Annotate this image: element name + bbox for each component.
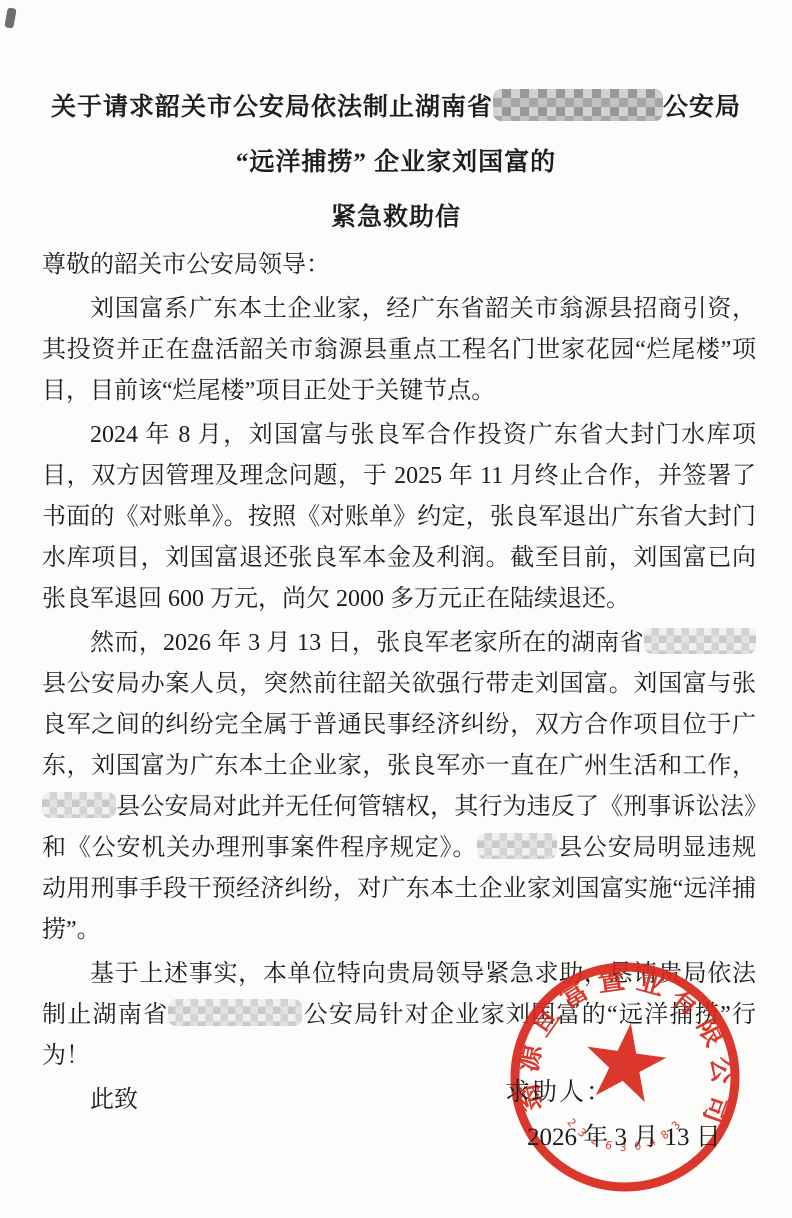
paragraph-incident: 然而，2026 年 3 月 13 日，张良军老家所在的湖南省县公安局办案人员，突…: [42, 623, 756, 951]
title-line-3: 紧急救助信: [0, 190, 792, 245]
redacted-county-name: [493, 89, 663, 121]
redacted-county-name: [42, 792, 116, 818]
paragraph-incident-seg2: 县公安局办案人员，突然前往韶关欲强行带走刘国富。刘国富与张良军之间的纠纷完全属于…: [42, 671, 756, 779]
title-line-1-after: 公安局: [663, 94, 741, 121]
title-line-1: 关于请求韶关市公安局依法制止湖南省公安局: [0, 80, 792, 135]
redacted-county-name: [168, 999, 302, 1026]
paragraph-incident-seg1: 然而，2026 年 3 月 13 日，张良军老家所在的湖南省: [90, 630, 644, 656]
redacted-county-name: [644, 628, 756, 654]
paragraph-cooperation: 2024 年 8 月，刘国富与张良军合作投资广东省大封门水库项目，双方因管理及理…: [42, 415, 756, 620]
title-line-2: “远洋捕捞” 企业家刘国富的: [0, 135, 792, 190]
paragraph-background: 刘国富系广东本土企业家，经广东省韶关市翁源县招商引资，其投资并正在盘活韶关市翁源…: [42, 289, 756, 412]
petitioner-label: 求助人：: [505, 1072, 613, 1108]
letter-title: 关于请求韶关市公安局依法制止湖南省公安局 “远洋捕捞” 企业家刘国富的 紧急救助…: [0, 0, 792, 245]
redacted-county-name: [477, 833, 557, 859]
letter-date: 2026 年 3 月 13 日: [527, 1117, 721, 1153]
salutation: 尊敬的韶关市公安局领导：: [42, 245, 756, 286]
letter-page: 关于请求韶关市公安局依法制止湖南省公安局 “远洋捕捞” 企业家刘国富的 紧急救助…: [0, 0, 792, 1218]
title-line-1-before: 关于请求韶关市公安局依法制止湖南省: [51, 94, 493, 121]
